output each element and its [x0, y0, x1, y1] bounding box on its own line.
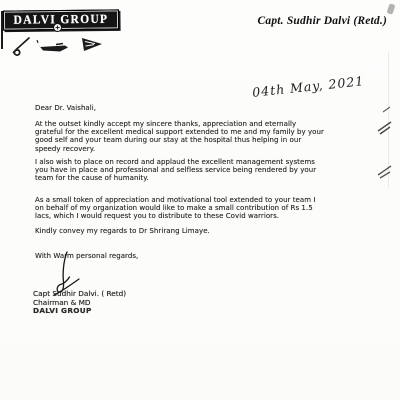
- paragraph-contribution: As a small token of appreciation and mot…: [35, 196, 347, 221]
- signature-block: Capt Sudhir Dalvi. ( Retd) Chairman & MD…: [33, 290, 126, 316]
- signatory-company: DALVI GROUP: [33, 307, 126, 316]
- crest-icon: [53, 23, 62, 32]
- pennant-icon: [80, 35, 104, 53]
- flourish-icon: [10, 35, 32, 57]
- paragraph-applaud: I also wish to place on record and appla…: [35, 158, 347, 183]
- scanned-letter: DALVI GROUP Capt. Sudhir Dalvi (Retd.) 0…: [0, 0, 400, 400]
- author-name-header: Capt. Sudhir Dalvi (Retd.): [258, 15, 387, 27]
- salutation: Dear Dr. Vaishali,: [35, 104, 347, 112]
- dalvi-group-logo-banner: DALVI GROUP: [3, 9, 119, 30]
- paragraph-thanks: At the outset kindly accept my sincere t…: [35, 120, 347, 153]
- scan-corner-smudge: [387, 3, 396, 14]
- handwritten-date: 04th May, 2021: [252, 73, 365, 100]
- scan-smudge-marks: [374, 98, 396, 188]
- ship-icon: [36, 38, 70, 54]
- regards-line: Kindly convey my regards to Dr Shrirang …: [35, 227, 347, 235]
- logo-icon-row: [8, 34, 112, 58]
